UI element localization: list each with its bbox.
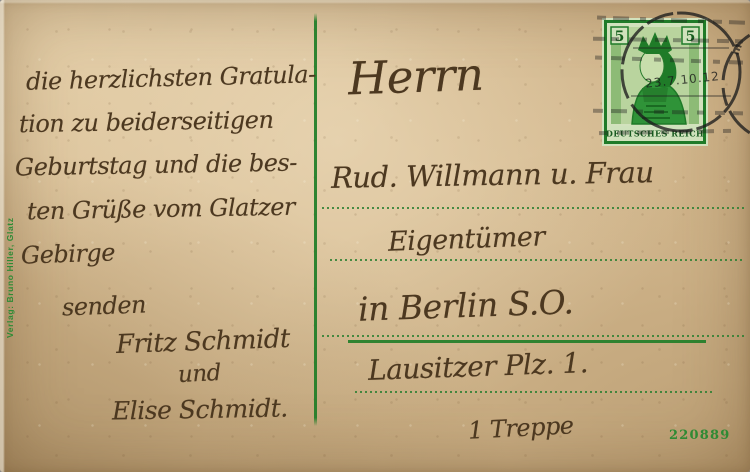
message-line-4: ten Grüße vom Glatzer [27,193,295,226]
address-street-line: Lausitzer Plz. 1. [367,346,588,387]
signature-fritz-schmidt: Fritz Schmidt [116,324,291,360]
dotted-address-line-2 [330,259,744,261]
postcard: Verlag: Bruno Hiller, Glatz die herzlich… [0,0,750,472]
postmark: 23.7.10.12 E [585,0,750,165]
dotted-address-line-3 [322,335,746,337]
address-title-line: Eigentümer [388,221,546,257]
postmark-date: 23.7.10.12 [644,69,720,91]
dotted-address-line-4 [355,391,712,393]
message-line-1: die herzlichsten Gratula- [26,60,316,96]
address-floor-line: 1 Treppe [467,411,574,444]
address-underline [348,340,706,343]
message-line-3: Geburtstag und die bes- [15,149,297,182]
signature-elise-schmidt: Elise Schmidt. [112,393,288,425]
message-line-5: Gebirge [21,238,116,269]
serial-number: 220889 [669,428,730,443]
message-line-2: tion zu beiderseitigen [19,106,274,138]
dotted-address-line-1 [322,207,746,209]
address-city-line: in Berlin S.O. [357,282,573,328]
address-salutation: Herrn [347,48,484,106]
closing-line-1: senden [62,291,147,322]
closing-line-und: und [177,360,221,388]
